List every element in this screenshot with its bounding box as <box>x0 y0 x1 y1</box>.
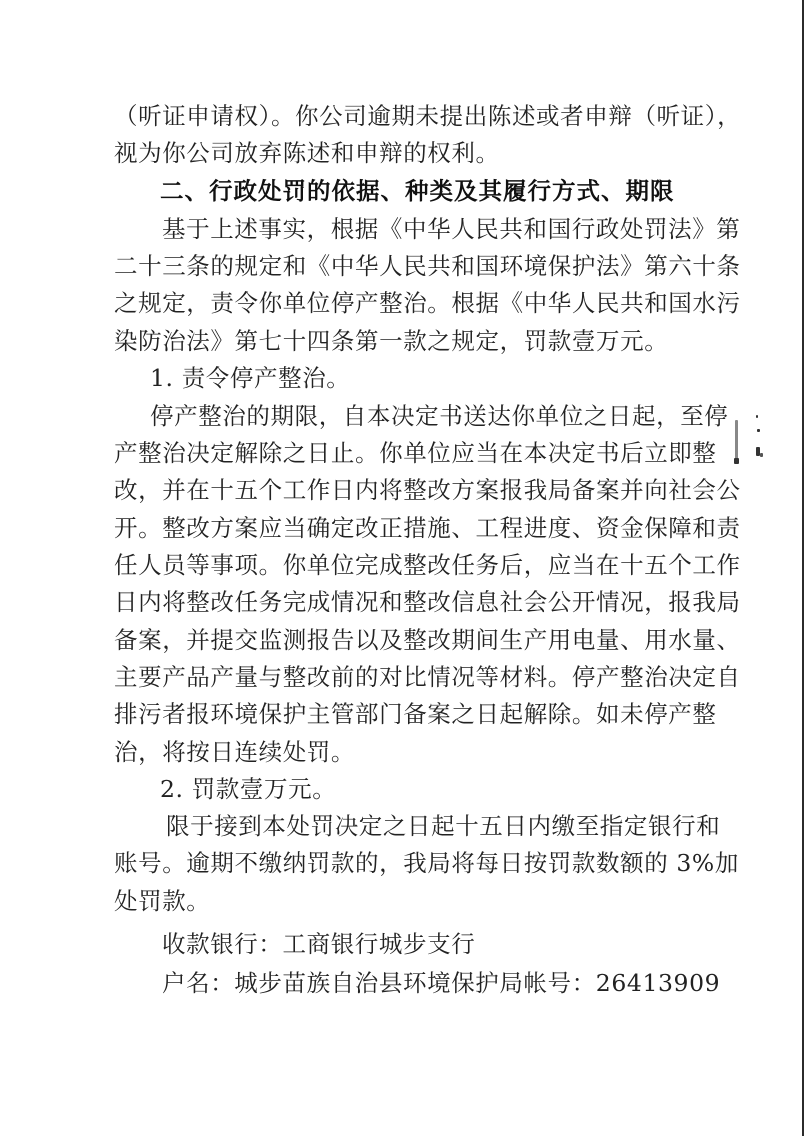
paragraph-line: 限于接到本处罚决定之日起十五日内缴至指定银行和 <box>166 811 692 841</box>
list-item-heading: 1. 责令停产整治。 <box>150 363 680 393</box>
paragraph-line: 备案，并提交监测报告以及整改期间生产用电量、用水量、 <box>114 625 694 655</box>
paragraph-line: 染防治法》第七十四条第一款之规定，罚款壹万元。 <box>114 326 694 356</box>
paragraph-line: 改，并在十五个工作日内将整改方案报我局备案并向社会公 <box>114 475 694 505</box>
paragraph-line: 二十三条的规定和《中华人民共和国环境保护法》第六十条 <box>114 251 694 281</box>
list-item-heading: 2. 罚款壹万元。 <box>160 774 690 804</box>
paragraph-line: 治，将按日连续处罚。 <box>114 737 694 767</box>
paragraph-line: 日内将整改任务完成情况和整改信息社会公开情况，报我局 <box>114 587 694 617</box>
paragraph-line: 视为你公司放弃陈述和申辩的权利。 <box>114 138 694 168</box>
paragraph-line: 排污者报环境保护主管部门备案之日起解除。如未停产整 <box>114 699 664 729</box>
paragraph-line: 任人员等事项。你单位完成整改任务后，应当在十五个工作 <box>114 550 694 580</box>
paragraph-line: 账号。逾期不缴纳罚款的，我局将每日按罚款数额的 3%加 <box>114 848 694 878</box>
paragraph-line: 主要产品产量与整改前的对比情况等材料。停产整治决定自 <box>114 662 694 692</box>
paragraph-line: 之规定，责令你单位停产整治。根据《中华人民共和国水污 <box>114 288 694 318</box>
paragraph-line: （听证申请权）。你公司逾期未提出陈述或者申辩（听证）， <box>114 101 694 131</box>
section-heading: 二、行政处罚的依据、种类及其履行方式、期限 <box>160 176 690 206</box>
document-page: （听证申请权）。你公司逾期未提出陈述或者申辩（听证）， 视为你公司放弃陈述和申辩… <box>0 0 802 1136</box>
bank-name: 收款银行：工商银行城步支行 <box>162 929 692 959</box>
account-name: 户名：城步苗族自治县环境保护局 <box>162 968 524 998</box>
paragraph-line: 停产整治的期限，自本决定书送达你单位之日起，至停 <box>150 401 692 431</box>
account-info-row: 户名：城步苗族自治县环境保护局 帐号：26413909 <box>162 968 690 998</box>
account-number: 帐号：26413909 <box>524 968 721 998</box>
paragraph-line: 开。整改方案应当确定改正措施、工程进度、资金保障和责 <box>114 513 694 543</box>
paragraph-line: 产整治决定解除之日止。你单位应当在本决定书后立即整 <box>114 438 664 468</box>
paragraph-line: 处罚款。 <box>114 886 694 916</box>
paragraph-line: 基于上述事实，根据《中华人民共和国行政处罚法》第 <box>162 214 692 244</box>
